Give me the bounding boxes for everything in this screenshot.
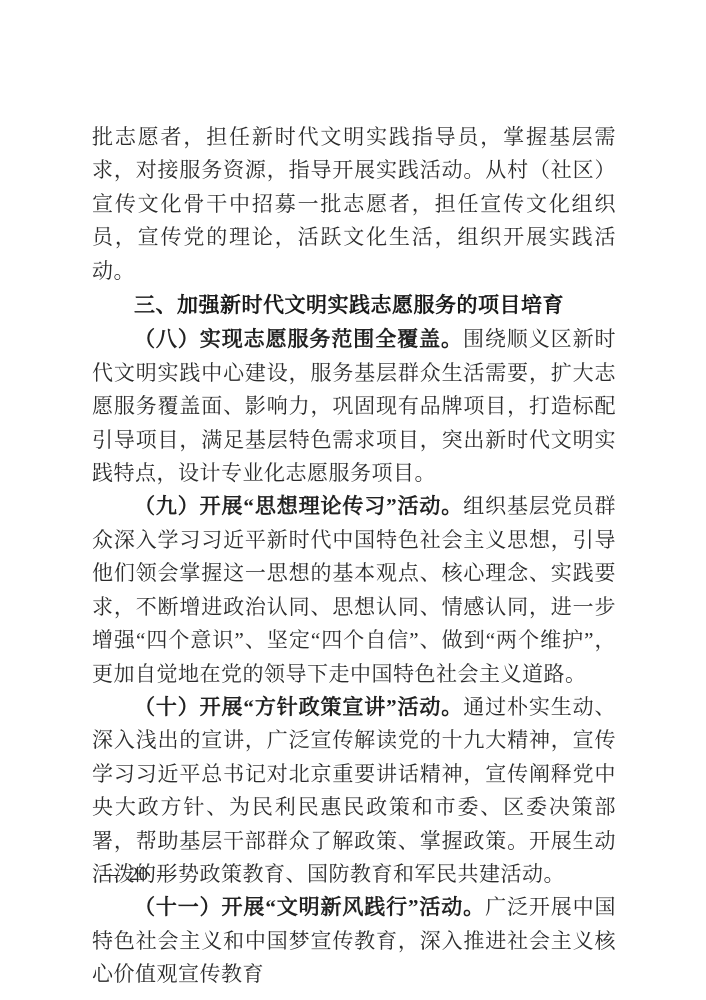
continuation-paragraph: 批志愿者，担任新时代文明实践指导员，掌握基层需求，对接服务资源，指导开展实践活动… (92, 121, 616, 288)
paragraph-lead: （十）开展“方针政策宣讲”活动。 (134, 695, 463, 719)
document-page: 批志愿者，担任新时代文明实践指导员，掌握基层需求，对接服务资源，指导开展实践活动… (0, 0, 706, 1000)
paragraph-item-9: （九）开展“思想理论传习”活动。组织基层党员群众深入学习习近平新时代中国特色社会… (92, 490, 616, 690)
paragraph-lead: （八）实现志愿服务范围全覆盖。 (134, 327, 463, 351)
page-footer: — 20 — (101, 864, 176, 886)
paragraph-lead: （十一）开展“文明新风践行”活动。 (134, 895, 485, 919)
section-heading: 三、加强新时代文明实践志愿服务的项目培育 (92, 289, 616, 322)
page-number: 20 (129, 864, 148, 886)
footer-dash-right: — (157, 864, 176, 886)
paragraph-lead: （九）开展“思想理论传习”活动。 (134, 494, 463, 518)
footer-dash-left: — (101, 864, 120, 886)
paragraph-body: 组织基层党员群众深入学习习近平新时代中国特色社会主义思想，引导他们领会掌握这一思… (92, 494, 616, 685)
paragraph-item-10: （十）开展“方针政策宣讲”活动。通过朴实生动、深入浅出的宣讲，广泛宣传解读党的十… (92, 691, 616, 891)
paragraph-item-11: （十一）开展“文明新风践行”活动。广泛开展中国特色社会主义和中国梦宣传教育，深入… (92, 891, 616, 991)
paragraph-item-8: （八）实现志愿服务范围全覆盖。围绕顺义区新时代文明实践中心建设，服务基层群众生活… (92, 323, 616, 490)
document-text-block: 批志愿者，担任新时代文明实践指导员，掌握基层需求，对接服务资源，指导开展实践活动… (92, 121, 616, 992)
paragraph-body: 通过朴实生动、深入浅出的宣讲，广泛宣传解读党的十九大精神，宣传学习习近平总书记对… (92, 695, 616, 886)
